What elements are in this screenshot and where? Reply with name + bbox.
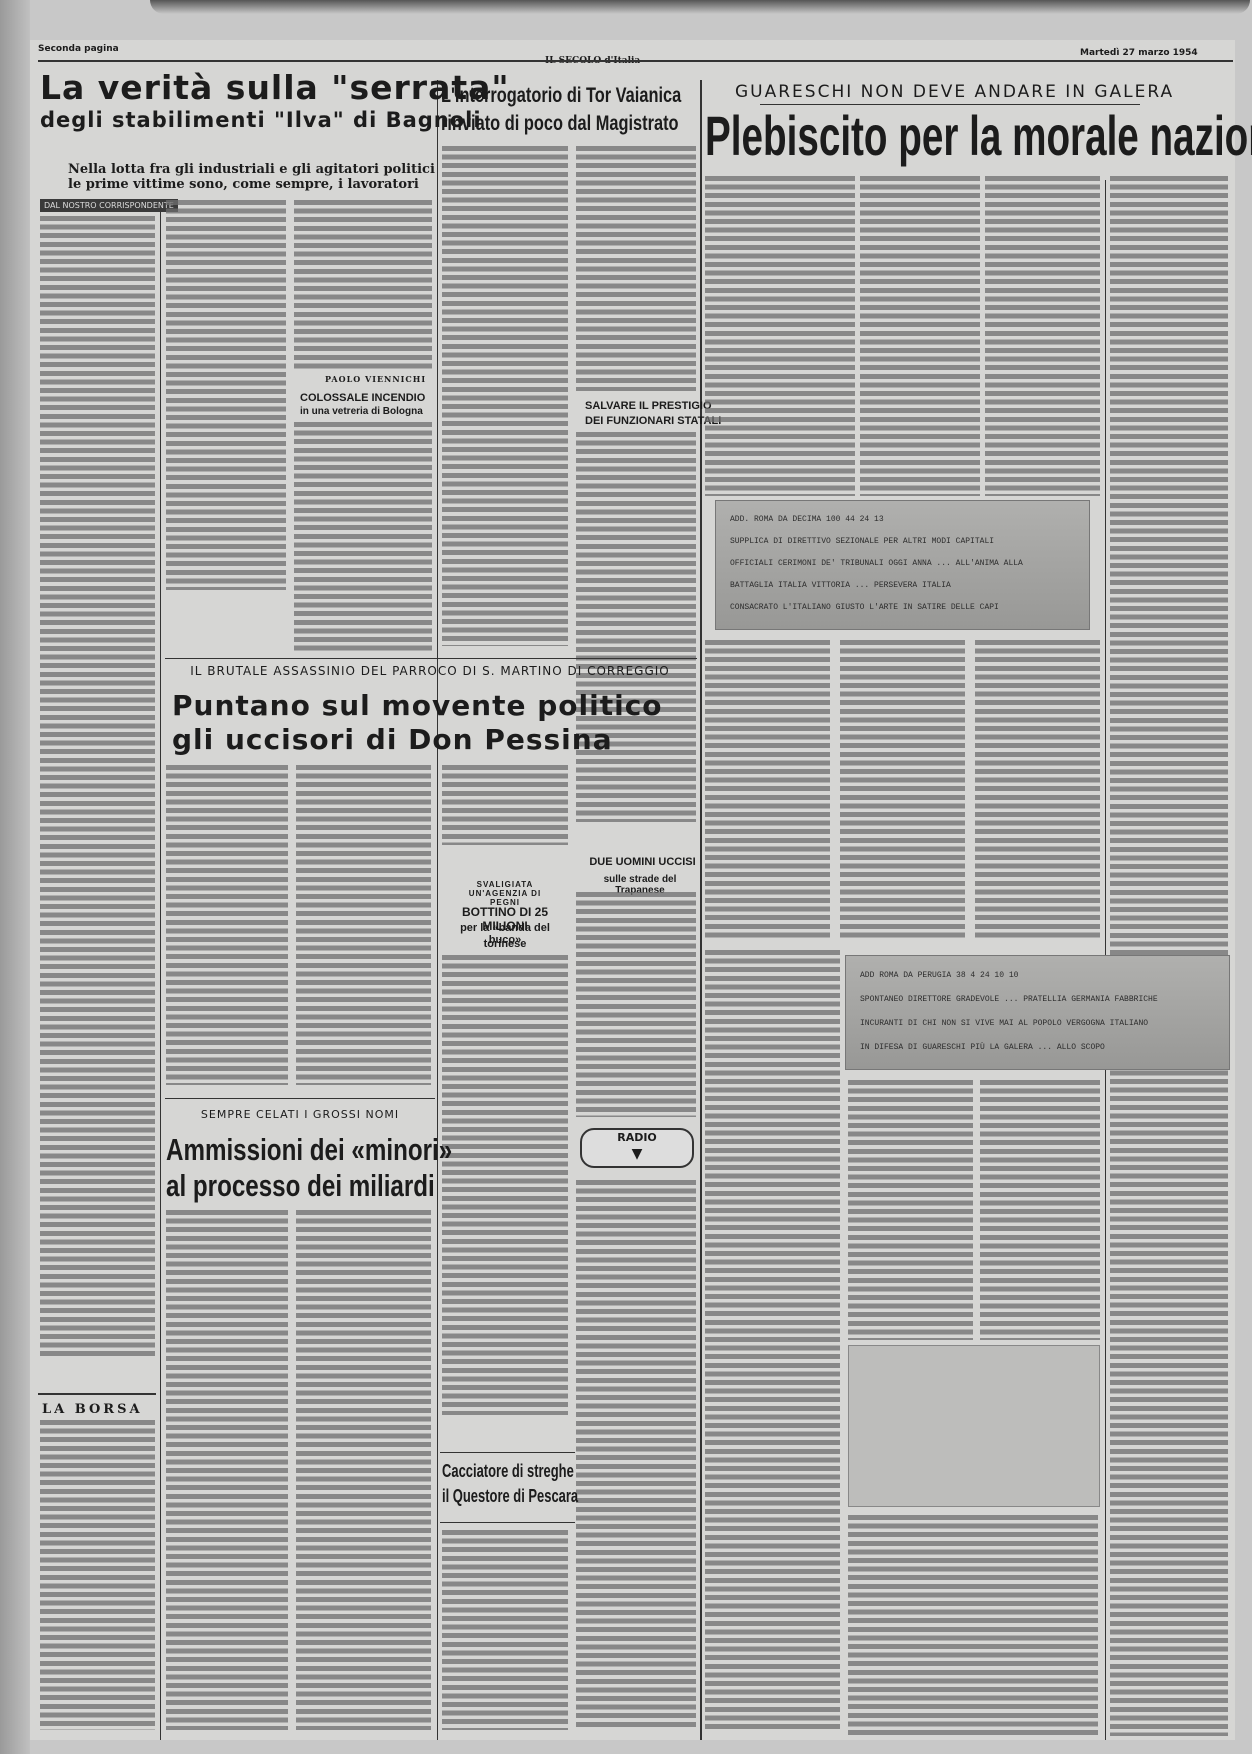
column-rule bbox=[160, 200, 161, 1740]
section-rule bbox=[38, 1393, 156, 1395]
article-body bbox=[705, 950, 840, 1730]
article-body bbox=[166, 1210, 288, 1730]
byline-box: DAL NOSTRO CORRISPONDENTE bbox=[40, 199, 178, 212]
article-body bbox=[848, 1515, 1098, 1735]
column-rule bbox=[437, 80, 438, 1740]
headline-guareschi: Plebiscito per la morale nazionale bbox=[705, 104, 1252, 168]
kicker-peoni: SVALIGIATA UN'AGENZIA DI PEGNI bbox=[455, 880, 555, 907]
headline-streghe-line2: il Questore di Pescara bbox=[442, 1485, 578, 1507]
article-body bbox=[576, 1180, 696, 1730]
article-body bbox=[294, 422, 432, 652]
headline-trapanese-line1: DUE UOMINI UCCISI bbox=[585, 856, 700, 868]
telegram-image-1: ADD. ROMA DA DECIMA 100 44 24 13 SUPPLIC… bbox=[715, 500, 1090, 630]
headline-miliardi-line2: al processo dei miliardi bbox=[166, 1168, 435, 1204]
subhead-serrata-line2: le prime vittime sono, come sempre, i la… bbox=[68, 177, 419, 192]
article-body bbox=[40, 216, 155, 1356]
headline-serrata-line1: La verità sulla "serrata" bbox=[40, 70, 510, 106]
kicker-miliardi: SEMPRE CELATI I GROSSI NOMI bbox=[165, 1108, 435, 1121]
article-body bbox=[980, 1080, 1100, 1340]
issue-date: Martedì 27 marzo 1954 bbox=[1080, 48, 1198, 58]
article-body bbox=[296, 765, 431, 1085]
kicker-don-pessina: IL BRUTALE ASSASSINIO DEL PARROCO DI S. … bbox=[180, 664, 680, 678]
article-body bbox=[985, 176, 1100, 496]
page-binding-shadow bbox=[0, 0, 30, 1754]
headline-tor-vaianica-line2: rinviato di poco dal Magistrato bbox=[441, 112, 679, 136]
article-body bbox=[442, 146, 568, 646]
page-curl-shadow bbox=[150, 0, 1250, 14]
headline-don-pessina-line1: Puntano sul movente politico bbox=[172, 690, 663, 722]
section-rule bbox=[165, 1098, 435, 1099]
telegram-line: INCURANTI DI CHI NON SI VIVE MAI AL POPO… bbox=[860, 1012, 1215, 1036]
article-body bbox=[166, 765, 288, 1085]
article-body bbox=[576, 892, 696, 1117]
signed-document-image bbox=[848, 1345, 1100, 1507]
article-body bbox=[442, 955, 568, 1415]
radio-label: RADIO bbox=[617, 1131, 657, 1144]
headline-borsa: LA BORSA bbox=[42, 1402, 143, 1417]
subhead-serrata-line1: Nella lotta fra gli industriali e gli ag… bbox=[68, 162, 435, 177]
article-body bbox=[576, 432, 696, 822]
telegram-line: CONSACRATO L'ITALIANO GIUSTO L'ARTE IN S… bbox=[730, 597, 1075, 619]
article-body bbox=[576, 146, 696, 391]
subhead-incendio: in una vetreria di Bologna bbox=[300, 406, 423, 417]
headline-miliardi-line1: Ammissioni dei «minori» bbox=[166, 1132, 452, 1168]
article-body bbox=[442, 1530, 568, 1730]
article-body bbox=[442, 765, 568, 845]
headline-streghe-line1: Cacciatore di streghe bbox=[442, 1460, 574, 1482]
article-body bbox=[705, 176, 855, 496]
kicker-guareschi: GUARESCHI NON DEVE ANDARE IN GALERA bbox=[735, 82, 1174, 102]
article-signature: PAOLO VIENNICHI bbox=[325, 374, 426, 384]
telegram-line: BATTAGLIA ITALIA VITTORIA ... PERSEVERA … bbox=[730, 575, 1075, 597]
article-body bbox=[848, 1080, 973, 1340]
stock-listings bbox=[40, 1420, 155, 1730]
headline-funzionari-line2: DEI FUNZIONARI STATALI bbox=[585, 415, 721, 427]
telegram-image-2: ADD ROMA DA PERUGIA 38 4 24 10 10 SPONTA… bbox=[845, 955, 1230, 1070]
article-body bbox=[860, 176, 980, 496]
article-body bbox=[166, 200, 286, 590]
article-body bbox=[705, 640, 830, 940]
headline-incendio: COLOSSALE INCENDIO bbox=[300, 392, 425, 404]
column-rule bbox=[700, 80, 702, 1740]
section-rule bbox=[440, 1522, 575, 1523]
headline-don-pessina-line2: gli uccisori di Don Pessina bbox=[172, 724, 613, 756]
headline-funzionari-line1: SALVARE IL PRESTIGIO bbox=[585, 400, 712, 412]
section-rule bbox=[440, 1452, 575, 1453]
masthead-rule bbox=[38, 60, 1233, 62]
telegram-line: SUPPLICA DI DIRETTIVO SEZIONALE PER ALTR… bbox=[730, 531, 1075, 553]
headline-tor-vaianica-line1: L'interrogatorio di Tor Vaianica bbox=[441, 84, 681, 108]
page-label: Seconda pagina bbox=[38, 44, 119, 54]
headline-bottino-line3: torinese bbox=[445, 938, 565, 950]
radio-logo: RADIO▼ bbox=[580, 1128, 694, 1168]
telegram-line: IN DIFESA DI GUARESCHI PIÙ LA GALERA ...… bbox=[860, 1036, 1215, 1060]
telegram-line: ADD. ROMA DA DECIMA 100 44 24 13 bbox=[730, 509, 1075, 531]
article-body bbox=[296, 1210, 431, 1730]
headline-serrata-line2: degli stabilimenti "Ilva" di Bagnoli bbox=[40, 108, 482, 132]
telegram-line: ADD ROMA DA PERUGIA 38 4 24 10 10 bbox=[860, 964, 1215, 988]
article-body bbox=[294, 200, 432, 370]
article-body bbox=[975, 640, 1100, 940]
telegram-line: SPONTANEO DIRETTORE GRADEVOLE ... PRATEL… bbox=[860, 988, 1215, 1012]
section-rule bbox=[165, 658, 697, 659]
article-body bbox=[840, 640, 965, 940]
telegram-line: OFFICIALI CERIMONI DE' TRIBUNALI OGGI AN… bbox=[730, 553, 1075, 575]
